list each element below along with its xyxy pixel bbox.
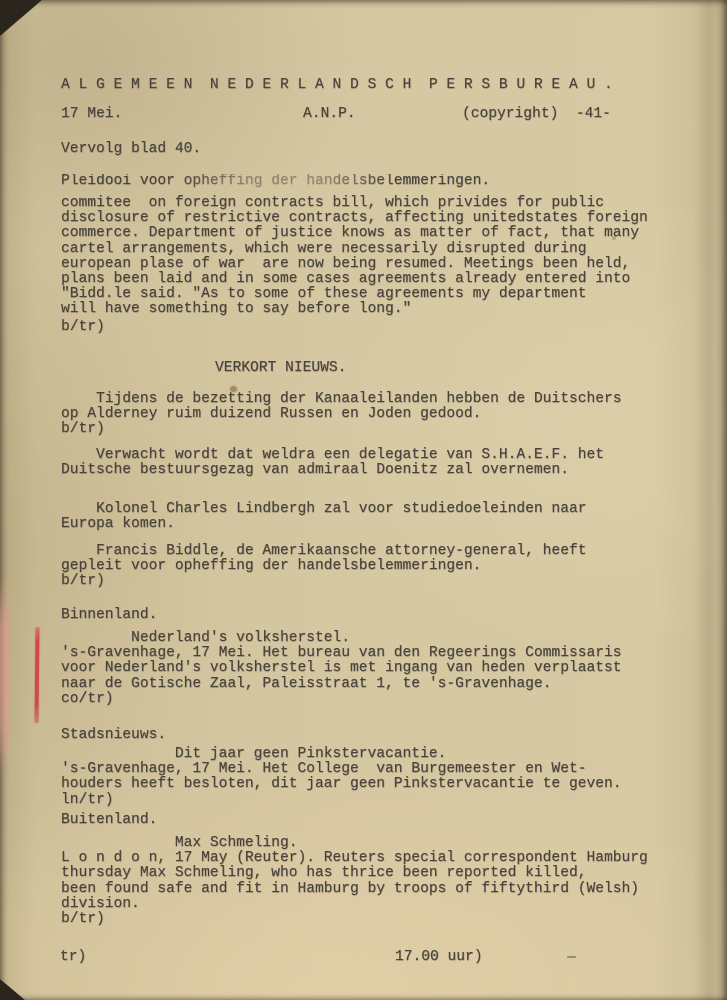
news-item-shaef: Verwacht wordt dat weldra een delegatie … xyxy=(61,448,604,478)
copyright-page-number: (copyright) -41- xyxy=(462,107,611,122)
lead-article-sign-off: b/tr) xyxy=(61,320,105,335)
red-margin-mark xyxy=(34,627,39,723)
scanned-press-bulletin: A L G E M E E N N E D E R L A N D S C H … xyxy=(0,0,727,1000)
article-pinkstervacantie: Dit jaar geen Pinkstervacantie. 's-Grave… xyxy=(61,747,622,808)
article-max-schmeling: Max Schmeling. L o n d o n, 17 May (Reut… xyxy=(61,836,648,927)
section-heading-stadsnieuws: Stadsnieuws. xyxy=(61,728,166,743)
section-heading-buitenland: Buitenland. xyxy=(61,813,157,828)
agency-header: A L G E M E E N N E D E R L A N D S C H … xyxy=(61,78,613,93)
section-heading-verkort-nieuws: VERKORT NIEUWS. xyxy=(215,361,346,376)
continuation-note: Vervolg blad 40. xyxy=(61,142,201,157)
section-heading-binnenland: Binnenland. xyxy=(61,608,157,623)
paper-stain xyxy=(567,956,576,958)
lead-article-body: commitee on foreign contracts bill, whic… xyxy=(61,196,648,318)
agency-abbreviation: A.N.P. xyxy=(303,107,356,122)
paper-stain xyxy=(230,386,237,392)
news-item-biddle: Francis Biddle, de Amerikaansche attorne… xyxy=(61,544,586,590)
news-item-lindbergh: Kolonel Charles Lindbergh zal voor studi… xyxy=(61,502,586,532)
underlying-page-edge xyxy=(0,578,9,774)
article-volksherstel: Nederland's volksherstel. 's-Gravenhage,… xyxy=(61,631,622,707)
news-item-alderney: Tijdens de bezetting der Kanaaleilanden … xyxy=(61,392,622,438)
footer-sign-off: tr) xyxy=(60,950,86,965)
paper-crease xyxy=(694,0,720,1000)
lead-article-title: Pleidooi voor opheffing der handelsbelem… xyxy=(61,174,490,189)
paper-sheet: A L G E M E E N N E D E R L A N D S C H … xyxy=(0,0,727,1000)
bulletin-date: 17 Mei. xyxy=(61,107,122,122)
paper-stain xyxy=(612,236,616,240)
footer-time: 17.00 uur) xyxy=(395,950,483,965)
